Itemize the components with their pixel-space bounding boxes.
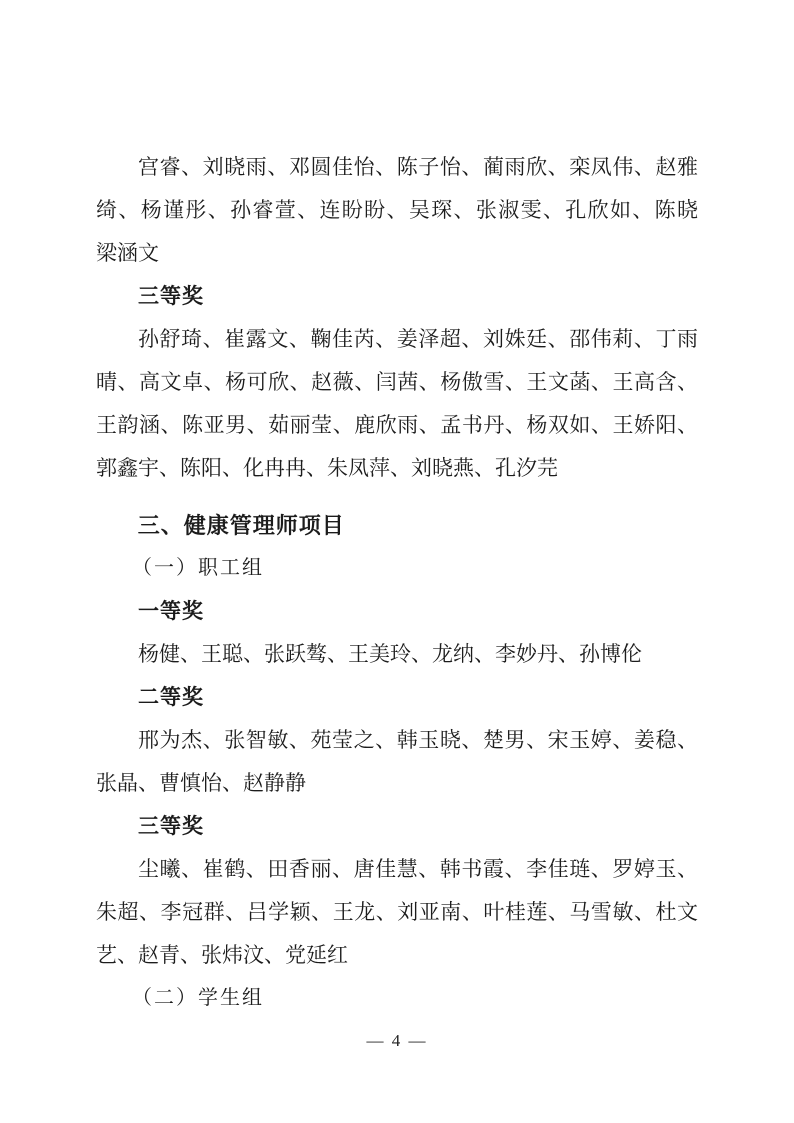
section-heading-health-manager-program: 三、健康管理师项目 — [96, 504, 698, 547]
text-line: 尘曦、崔鹤、田香丽、唐佳慧、韩书霞、李佳琏、罗婷玉、 — [96, 848, 698, 891]
text-line: 梁涵文 — [96, 232, 698, 275]
text-line: 晴、高文卓、杨可欣、赵薇、闫茜、杨傲雪、王文菡、王高含、 — [96, 361, 698, 404]
names-paragraph-second-prize: 邢为杰、张智敏、苑莹之、韩玉晓、楚男、宋玉婷、姜稳、 张晶、曹慎怡、赵静静 — [96, 719, 698, 805]
award-heading-first-prize: 一等奖 — [96, 590, 698, 633]
text-line: 杨健、王聪、张跃骜、王美玲、龙纳、李妙丹、孙博伦 — [96, 633, 698, 676]
text-line: 朱超、李冠群、吕学颖、王龙、刘亚南、叶桂莲、马雪敏、杜文 — [96, 891, 698, 934]
text-line: 张晶、曹慎怡、赵静静 — [96, 762, 698, 805]
page-number: — 4 — — [0, 1028, 794, 1054]
document-body: 宫睿、刘晓雨、邓圆佳怡、陈子怡、蔺雨欣、栾凤伟、赵雅 绮、杨谨彤、孙睿萱、连盼盼… — [96, 146, 698, 1020]
names-paragraph-second-prize-continued: 宫睿、刘晓雨、邓圆佳怡、陈子怡、蔺雨欣、栾凤伟、赵雅 绮、杨谨彤、孙睿萱、连盼盼… — [96, 146, 698, 275]
text-line: 孙舒琦、崔露文、鞠佳芮、姜泽超、刘姝廷、邵伟莉、丁雨 — [96, 318, 698, 361]
text-line: 郭鑫宇、陈阳、化冉冉、朱凤萍、刘晓燕、孔汐芫 — [96, 447, 698, 490]
award-heading-second-prize: 二等奖 — [96, 676, 698, 719]
names-paragraph-third-prize: 孙舒琦、崔露文、鞠佳芮、姜泽超、刘姝廷、邵伟莉、丁雨 晴、高文卓、杨可欣、赵薇、… — [96, 318, 698, 490]
names-paragraph-first-prize: 杨健、王聪、张跃骜、王美玲、龙纳、李妙丹、孙博伦 — [96, 633, 698, 676]
names-paragraph-third-prize-staff: 尘曦、崔鹤、田香丽、唐佳慧、韩书霞、李佳琏、罗婷玉、 朱超、李冠群、吕学颖、王龙… — [96, 848, 698, 977]
subsection-heading-student-group: （二）学生组 — [96, 977, 698, 1020]
award-heading-third-prize: 三等奖 — [96, 805, 698, 848]
text-line: 宫睿、刘晓雨、邓圆佳怡、陈子怡、蔺雨欣、栾凤伟、赵雅 — [96, 146, 698, 189]
text-line: 绮、杨谨彤、孙睿萱、连盼盼、吴琛、张淑雯、孔欣如、陈晓镘、 — [96, 189, 698, 232]
subsection-heading-staff-group: （一）职工组 — [96, 547, 698, 590]
document-page: 宫睿、刘晓雨、邓圆佳怡、陈子怡、蔺雨欣、栾凤伟、赵雅 绮、杨谨彤、孙睿萱、连盼盼… — [0, 0, 794, 1123]
text-line: 艺、赵青、张炜汶、党延红 — [96, 934, 698, 977]
text-line: 邢为杰、张智敏、苑莹之、韩玉晓、楚男、宋玉婷、姜稳、 — [96, 719, 698, 762]
text-line: 王韵涵、陈亚男、茹丽莹、鹿欣雨、孟书丹、杨双如、王娇阳、 — [96, 404, 698, 447]
award-heading-third-prize: 三等奖 — [96, 275, 698, 318]
